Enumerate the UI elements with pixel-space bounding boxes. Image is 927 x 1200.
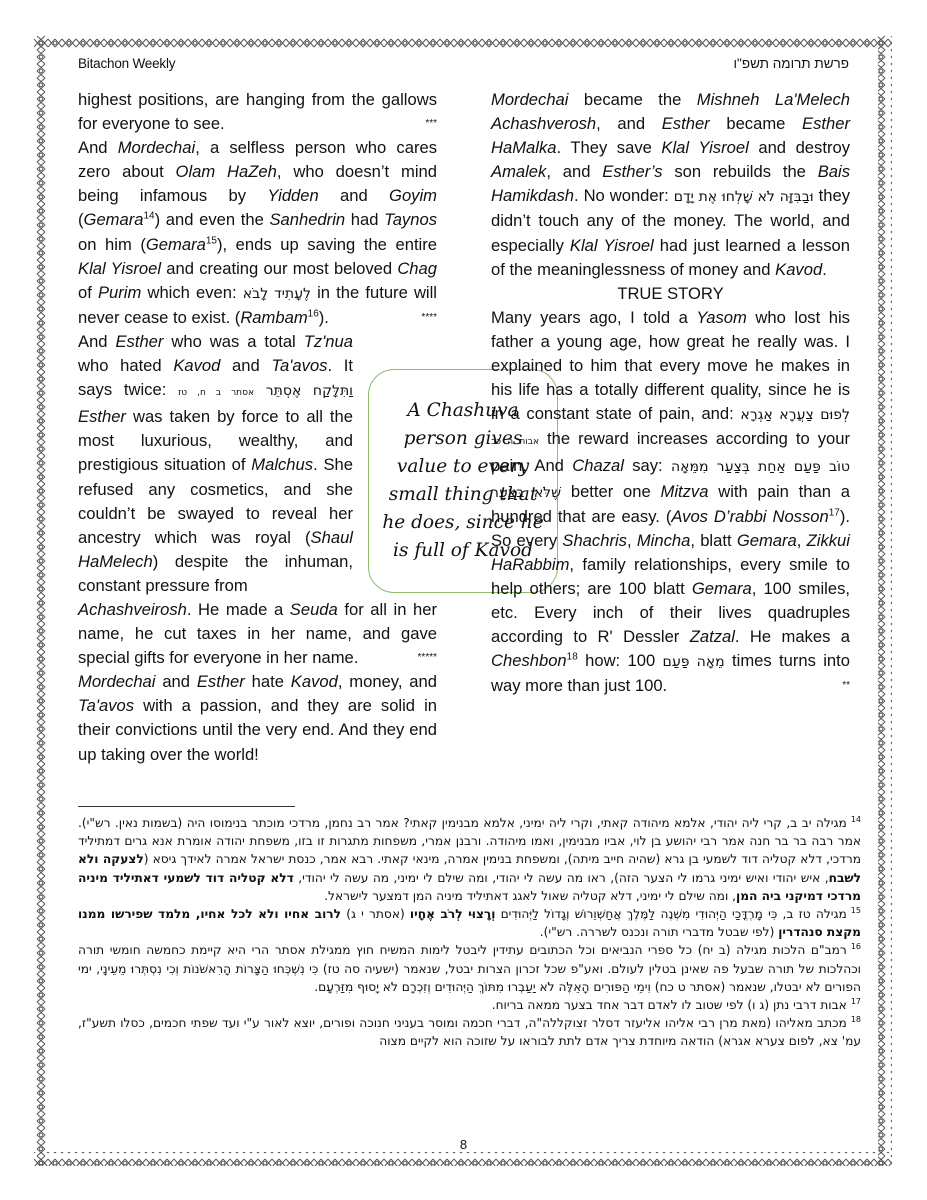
text-run: Many years ago, I told a (491, 308, 696, 327)
italic-term: Yidden (267, 186, 318, 205)
page-header: Bitachon Weekly פרשת תרומה תשפ"ו (78, 56, 849, 78)
text-run: of (78, 283, 98, 302)
text-run: , (797, 531, 807, 550)
italic-term: Chag (397, 259, 437, 278)
italic-term: Sanhedrin (269, 210, 345, 229)
text-run: highest positions, are hanging from the … (78, 90, 437, 133)
text-run: became (710, 114, 802, 133)
italic-term: Tz'nua (304, 332, 353, 351)
italic-term: Klal Yisroel (78, 259, 161, 278)
italic-term: Mordechai (491, 90, 568, 109)
italic-term: Avos D’rabbi Nosson (671, 507, 828, 526)
footnote-15: 15מגילה טז ב, כִּי מָרְדֳּכַי הַיְּהוּדִ… (78, 905, 861, 941)
italic-term: Taynos (384, 210, 437, 229)
text-run: ) and even the (155, 210, 270, 229)
text-run: son rebuilds the (663, 162, 818, 181)
footnote-text: מכתב מאליהו (מאת מרן רבי אליהו אליעזר דס… (78, 1016, 861, 1048)
text-run: , (627, 531, 637, 550)
paragraph: And Mordechai, a selfless person who car… (78, 136, 437, 330)
italic-term: Purim (98, 283, 141, 302)
italic-term: Achashveirosh (78, 600, 187, 619)
footnote-divider (78, 806, 295, 807)
paragraph: Achashveirosh. He made a Seuda for all i… (78, 598, 437, 670)
italic-term: Mordechai (78, 672, 155, 691)
text-run: which even: (141, 283, 242, 302)
text-run: who was a total (163, 332, 303, 351)
text-run: , and (546, 162, 602, 181)
text-run: And (78, 332, 115, 351)
footnote-text: רמב"ם הלכות מגילה (ב יח) כל ספרי הנביאים… (78, 943, 861, 993)
italic-term: Amalek (491, 162, 546, 181)
section-heading: TRUE STORY (491, 282, 850, 306)
footnote-text: מגילה יב ב, קרי ליה יהודי, אלמא מיהודה ק… (78, 816, 861, 866)
italic-term: Rambam (240, 308, 307, 327)
text-run: , money, and (338, 672, 437, 691)
italic-term: Esther (78, 407, 126, 426)
text-run: had (345, 210, 384, 229)
footnote-number: 17 (851, 997, 861, 1006)
hebrew-quote: וּבַבִּזָּה לֹא שָׁלְחוּ אֶת יָדָם (674, 189, 814, 205)
paragraph: highest positions, are hanging from the … (78, 88, 437, 136)
italic-term: Goyim (389, 186, 437, 205)
footnote-text: (אסתר י ג) (341, 907, 410, 921)
text-run: and destroy (749, 138, 850, 157)
footnote-ref[interactable]: 18 (567, 652, 578, 663)
italic-term: Yasom (696, 308, 746, 327)
footnote-ref[interactable]: 16 (308, 308, 319, 319)
footnote-text: (לפי שבטל מדברי תורה ונכנס לשררה. רש"י). (540, 925, 778, 939)
italic-term: Gemara (84, 210, 144, 229)
text-run: on him ( (78, 235, 146, 254)
italic-term: Zatzal (690, 627, 735, 646)
paragraph-wrapped: And Esther who was a total Tz'nua who ha… (78, 330, 353, 598)
text-run: . (822, 260, 827, 279)
italic-term: Seuda (290, 600, 338, 619)
footnote-14: 14מגילה יב ב, קרי ליה יהודי, אלמא מיהודה… (78, 814, 861, 905)
paragraph: Mordechai and Esther hate Kavod, money, … (78, 670, 437, 766)
text-run: better one (561, 482, 660, 501)
section-separator: **** (421, 306, 437, 330)
bold-text: וְרָצוּי לְרֹב אֶחָיו (410, 907, 496, 921)
italic-term: Ta'avos (271, 356, 327, 375)
text-run: . They save (556, 138, 661, 157)
italic-term: Gemara (692, 579, 752, 598)
italic-term: Gemara (146, 235, 206, 254)
footnote-ref[interactable]: 14 (143, 211, 154, 222)
italic-term: Olam HaZeh (176, 162, 277, 181)
italic-term: Malchus (251, 455, 313, 474)
text-run: say: (624, 456, 671, 475)
footnote-text: מגילה טז ב, כִּי מָרְדֳּכַי הַיְּהוּדִי … (495, 907, 846, 921)
italic-term: Chazal (572, 456, 624, 475)
footnotes-section: 14מגילה יב ב, קרי ליה יהודי, אלמא מיהודה… (78, 814, 861, 1051)
italic-term: Klal Yisroel (661, 138, 748, 157)
text-run: how: (578, 651, 628, 670)
section-separator: ** (842, 674, 850, 698)
footnote-text: , איש יהודי ואיש ימיני גרמו לי הצער הזה)… (294, 871, 829, 885)
italic-term: Esther (197, 672, 245, 691)
italic-term: Ta'avos (78, 696, 134, 715)
italic-term: Mitzva (661, 482, 709, 501)
hebrew-quote: מֵאָה פַּעַם (663, 654, 725, 670)
page-number: 8 (0, 1137, 927, 1152)
footnote-number: 15 (851, 906, 861, 915)
text-run: And (78, 138, 118, 157)
italic-term: Esther (115, 332, 163, 351)
source-ref: אבות ה כב (491, 437, 539, 447)
italic-term: Esther (662, 114, 710, 133)
hebrew-quote: לְפוּם צַעֲרָא אַגְרָא (740, 407, 850, 423)
footnote-number: 18 (851, 1015, 861, 1024)
text-run: and (155, 672, 196, 691)
text-run: . No wonder: (574, 186, 674, 205)
italic-term: Klal Yisroel (570, 236, 654, 255)
text-run: and (319, 186, 389, 205)
italic-term: Kavod (775, 260, 822, 279)
text-run: became the (568, 90, 696, 109)
parsha-title: פרשת תרומה תשפ"ו (734, 56, 849, 71)
italic-term: Gemara (737, 531, 797, 550)
footnote-number: 16 (851, 942, 861, 951)
italic-term: Esther’s (602, 162, 662, 181)
footnote-text: אבות דרבי נתן (ג ו) לפי שטוב לו לאדם דבר… (492, 998, 847, 1012)
text-run: and creating our most beloved (161, 259, 397, 278)
italic-term: Mincha (637, 531, 691, 550)
italic-term: Shachris (562, 531, 627, 550)
paragraph: Many years ago, I told a Yasom who lost … (491, 306, 850, 699)
publication-title: Bitachon Weekly (78, 56, 175, 71)
paragraph: Mordechai became the Mishneh La'Melech A… (491, 88, 850, 282)
footnote-text: , ומה שילם לי ימיני, דלא קטליה שאול לאגג… (324, 889, 736, 903)
italic-term: Mordechai (118, 138, 195, 157)
text-run: ). (319, 308, 329, 327)
footnote-18: 18מכתב מאליהו (מאת מרן רבי אליהו אליעזר … (78, 1014, 861, 1050)
section-separator: ***** (418, 646, 437, 670)
text-run: . He made a (187, 600, 290, 619)
italic-term: Kavod (173, 356, 220, 375)
section-separator: *** (425, 112, 437, 136)
text-run: , and (596, 114, 662, 133)
footnote-number: 14 (851, 815, 861, 824)
right-column: Mordechai became the Mishneh La'Melech A… (491, 88, 850, 698)
footnote-17: 17אבות דרבי נתן (ג ו) לפי שטוב לו לאדם ד… (78, 996, 861, 1014)
hebrew-quote: לֶעָתִיד לָבֹא (243, 286, 311, 302)
text-run: who hated (78, 356, 173, 375)
italic-term: Cheshbon (491, 651, 567, 670)
text-run: , blatt (690, 531, 736, 550)
italic-term: Kavod (291, 672, 338, 691)
text-run: . He makes a (735, 627, 850, 646)
footnote-16: 16רמב"ם הלכות מגילה (ב יח) כל ספרי הנביא… (78, 941, 861, 996)
footnote-ref[interactable]: 17 (829, 507, 840, 518)
text-run: hate (245, 672, 291, 691)
hebrew-quote: וַתִּלָּקַח אֶסְתֵּר (266, 383, 353, 399)
text-run: ), ends up saving the entire (217, 235, 437, 254)
text-run: and (220, 356, 271, 375)
source-ref: אסתר ב ח, טז (178, 388, 254, 398)
footnote-ref[interactable]: 15 (206, 235, 217, 246)
